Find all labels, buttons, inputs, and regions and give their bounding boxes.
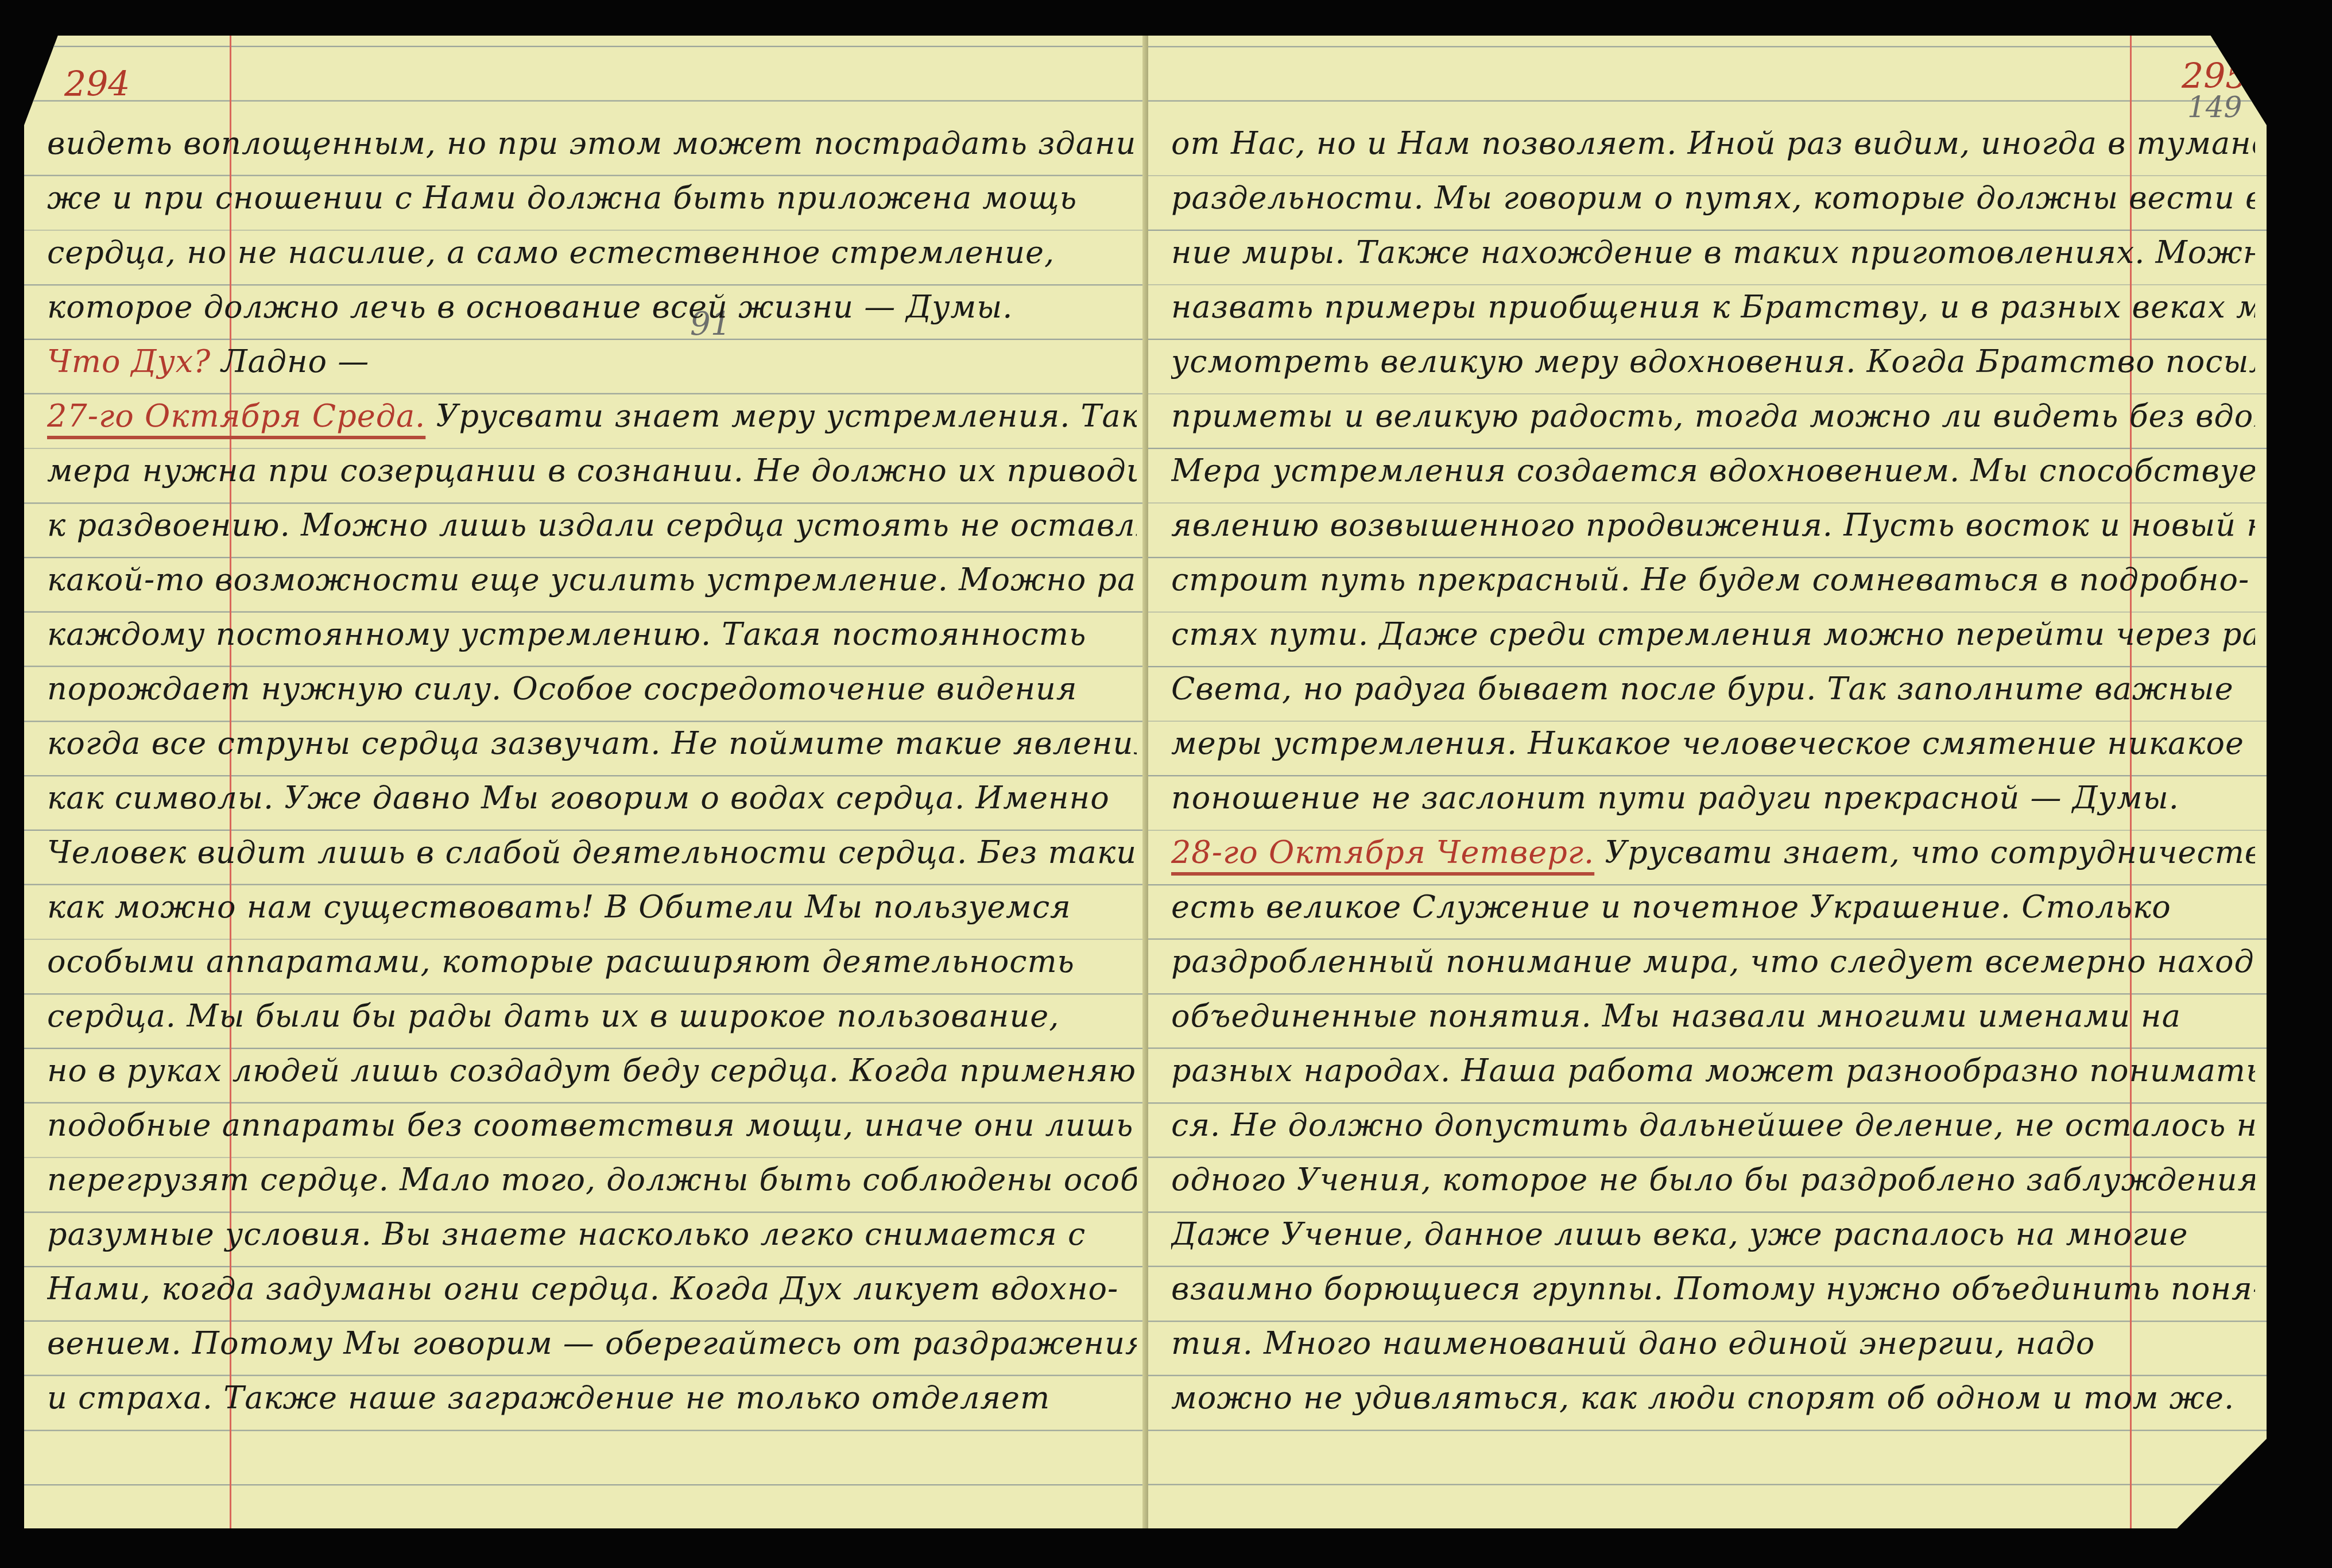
text-line: раздробленный понимание мира, что следуе…: [1171, 934, 2255, 989]
text-line: можно не удивляться, как люди спорят об …: [1171, 1370, 2255, 1425]
text-line: к раздвоению. Можно лишь издали сердца у…: [47, 498, 1137, 552]
text-line: стях пути. Даже среди стремления можно п…: [1171, 607, 2255, 661]
left-page: 294 91 видеть воплощенным, но при этом м…: [24, 36, 1148, 1528]
text-line: порождает нужную силу. Особое сосредоточ…: [47, 661, 1137, 716]
text-line: какой-то возможности еще усилить устремл…: [47, 552, 1137, 607]
text-line: разумные условия. Вы знаете насколько ле…: [47, 1207, 1137, 1261]
text-line: приметы и великую радость, тогда можно л…: [1171, 389, 2255, 443]
text-line: перегрузят сердце. Мало того, должны быт…: [47, 1152, 1137, 1207]
text-line: вением. Потому Мы говорим — оберегайтесь…: [47, 1316, 1137, 1370]
text-line: сердца. Мы были бы рады дать их в широко…: [47, 989, 1137, 1043]
left-page-text: видеть воплощенным, но при этом может по…: [47, 116, 1137, 1425]
text-line: меры устремления. Никакое человеческое с…: [1171, 716, 2255, 771]
text-line: сердца, но не насилие, а само естественн…: [47, 225, 1137, 280]
text-line: раздельности. Мы говорим о путях, которы…: [1171, 171, 2255, 225]
text-line: ние миры. Также нахождение в таких приго…: [1171, 225, 2255, 280]
text-line: строит путь прекрасный. Не будем сомнева…: [1171, 552, 2255, 607]
text-line: подобные аппараты без соответствия мощи,…: [47, 1098, 1137, 1152]
text-line: разных народах. Наша работа может разноо…: [1171, 1043, 2255, 1098]
text-line: тия. Много наименований дано единой энер…: [1171, 1316, 2255, 1370]
entry-date: 28-го Октября Четверг.: [1171, 834, 1594, 870]
left-page-number: 294: [64, 64, 130, 104]
text-line: особыми аппаратами, которые расширяют де…: [47, 934, 1137, 989]
text-line: усмотреть великую меру вдохновения. Когд…: [1171, 334, 2255, 389]
text-line: Нами, когда задуманы огни сердца. Когда …: [47, 1261, 1137, 1316]
text-line: поношение не заслонит пути радуги прекра…: [1171, 771, 2255, 825]
text-line: ся. Не должно допустить дальнейшее делен…: [1171, 1098, 2255, 1152]
text-line: и страха. Также наше заграждение не толь…: [47, 1370, 1137, 1425]
text-line: мера нужна при созерцании в сознании. Не…: [47, 443, 1137, 498]
dated-entry-heading: 28-го Октября Четверг. Урусвати знает, ч…: [1171, 825, 2255, 880]
text-line: назвать примеры приобщения к Братству, и…: [1171, 280, 2255, 334]
text-line: Мера устремления создается вдохновением.…: [1171, 443, 2255, 498]
text-line: как можно нам существовать! В Обители Мы…: [47, 880, 1137, 934]
text-line: Что Дух? Ладно —: [47, 334, 1137, 389]
text-line: но в руках людей лишь создадут беду серд…: [47, 1043, 1137, 1098]
text-line: которое должно лечь в основание всей жиз…: [47, 280, 1137, 334]
red-annotation: Что Дух?: [47, 343, 211, 380]
dated-entry-heading: 27-го Октября Среда. Урусвати знает меру…: [47, 389, 1137, 443]
text-line: есть великое Служение и почетное Украшен…: [1171, 880, 2255, 934]
text-line: взаимно борющиеся группы. Потому нужно о…: [1171, 1261, 2255, 1316]
text-line: Человек видит лишь в слабой деятельности…: [47, 825, 1137, 880]
text-line: видеть воплощенным, но при этом может по…: [47, 116, 1137, 171]
text-line: объединенные понятия. Мы назвали многими…: [1171, 989, 2255, 1043]
text-line: явлению возвышенного продвижения. Пусть …: [1171, 498, 2255, 552]
text-line: когда все струны сердца зазвучат. Не пой…: [47, 716, 1137, 771]
right-page: 295 149 от Нас, но и Нам позволяет. Иной…: [1148, 36, 2267, 1528]
text-line: каждому постоянному устремлению. Такая п…: [47, 607, 1137, 661]
scan-background: 294 91 видеть воплощенным, но при этом м…: [0, 0, 2332, 1568]
entry-date: 27-го Октября Среда.: [47, 398, 425, 434]
text-line: Даже Учение, данное лишь века, уже распа…: [1171, 1207, 2255, 1261]
text-line: же и при сношении с Нами должна быть при…: [47, 171, 1137, 225]
text-line: от Нас, но и Нам позволяет. Иной раз вид…: [1171, 116, 2255, 171]
text-line: как символы. Уже давно Мы говорим о вода…: [47, 771, 1137, 825]
right-page-text: от Нас, но и Нам позволяет. Иной раз вид…: [1171, 116, 2255, 1425]
text-line: Света, но радуга бывает после бури. Так …: [1171, 661, 2255, 716]
text-line: одного Учения, которое не было бы раздро…: [1171, 1152, 2255, 1207]
